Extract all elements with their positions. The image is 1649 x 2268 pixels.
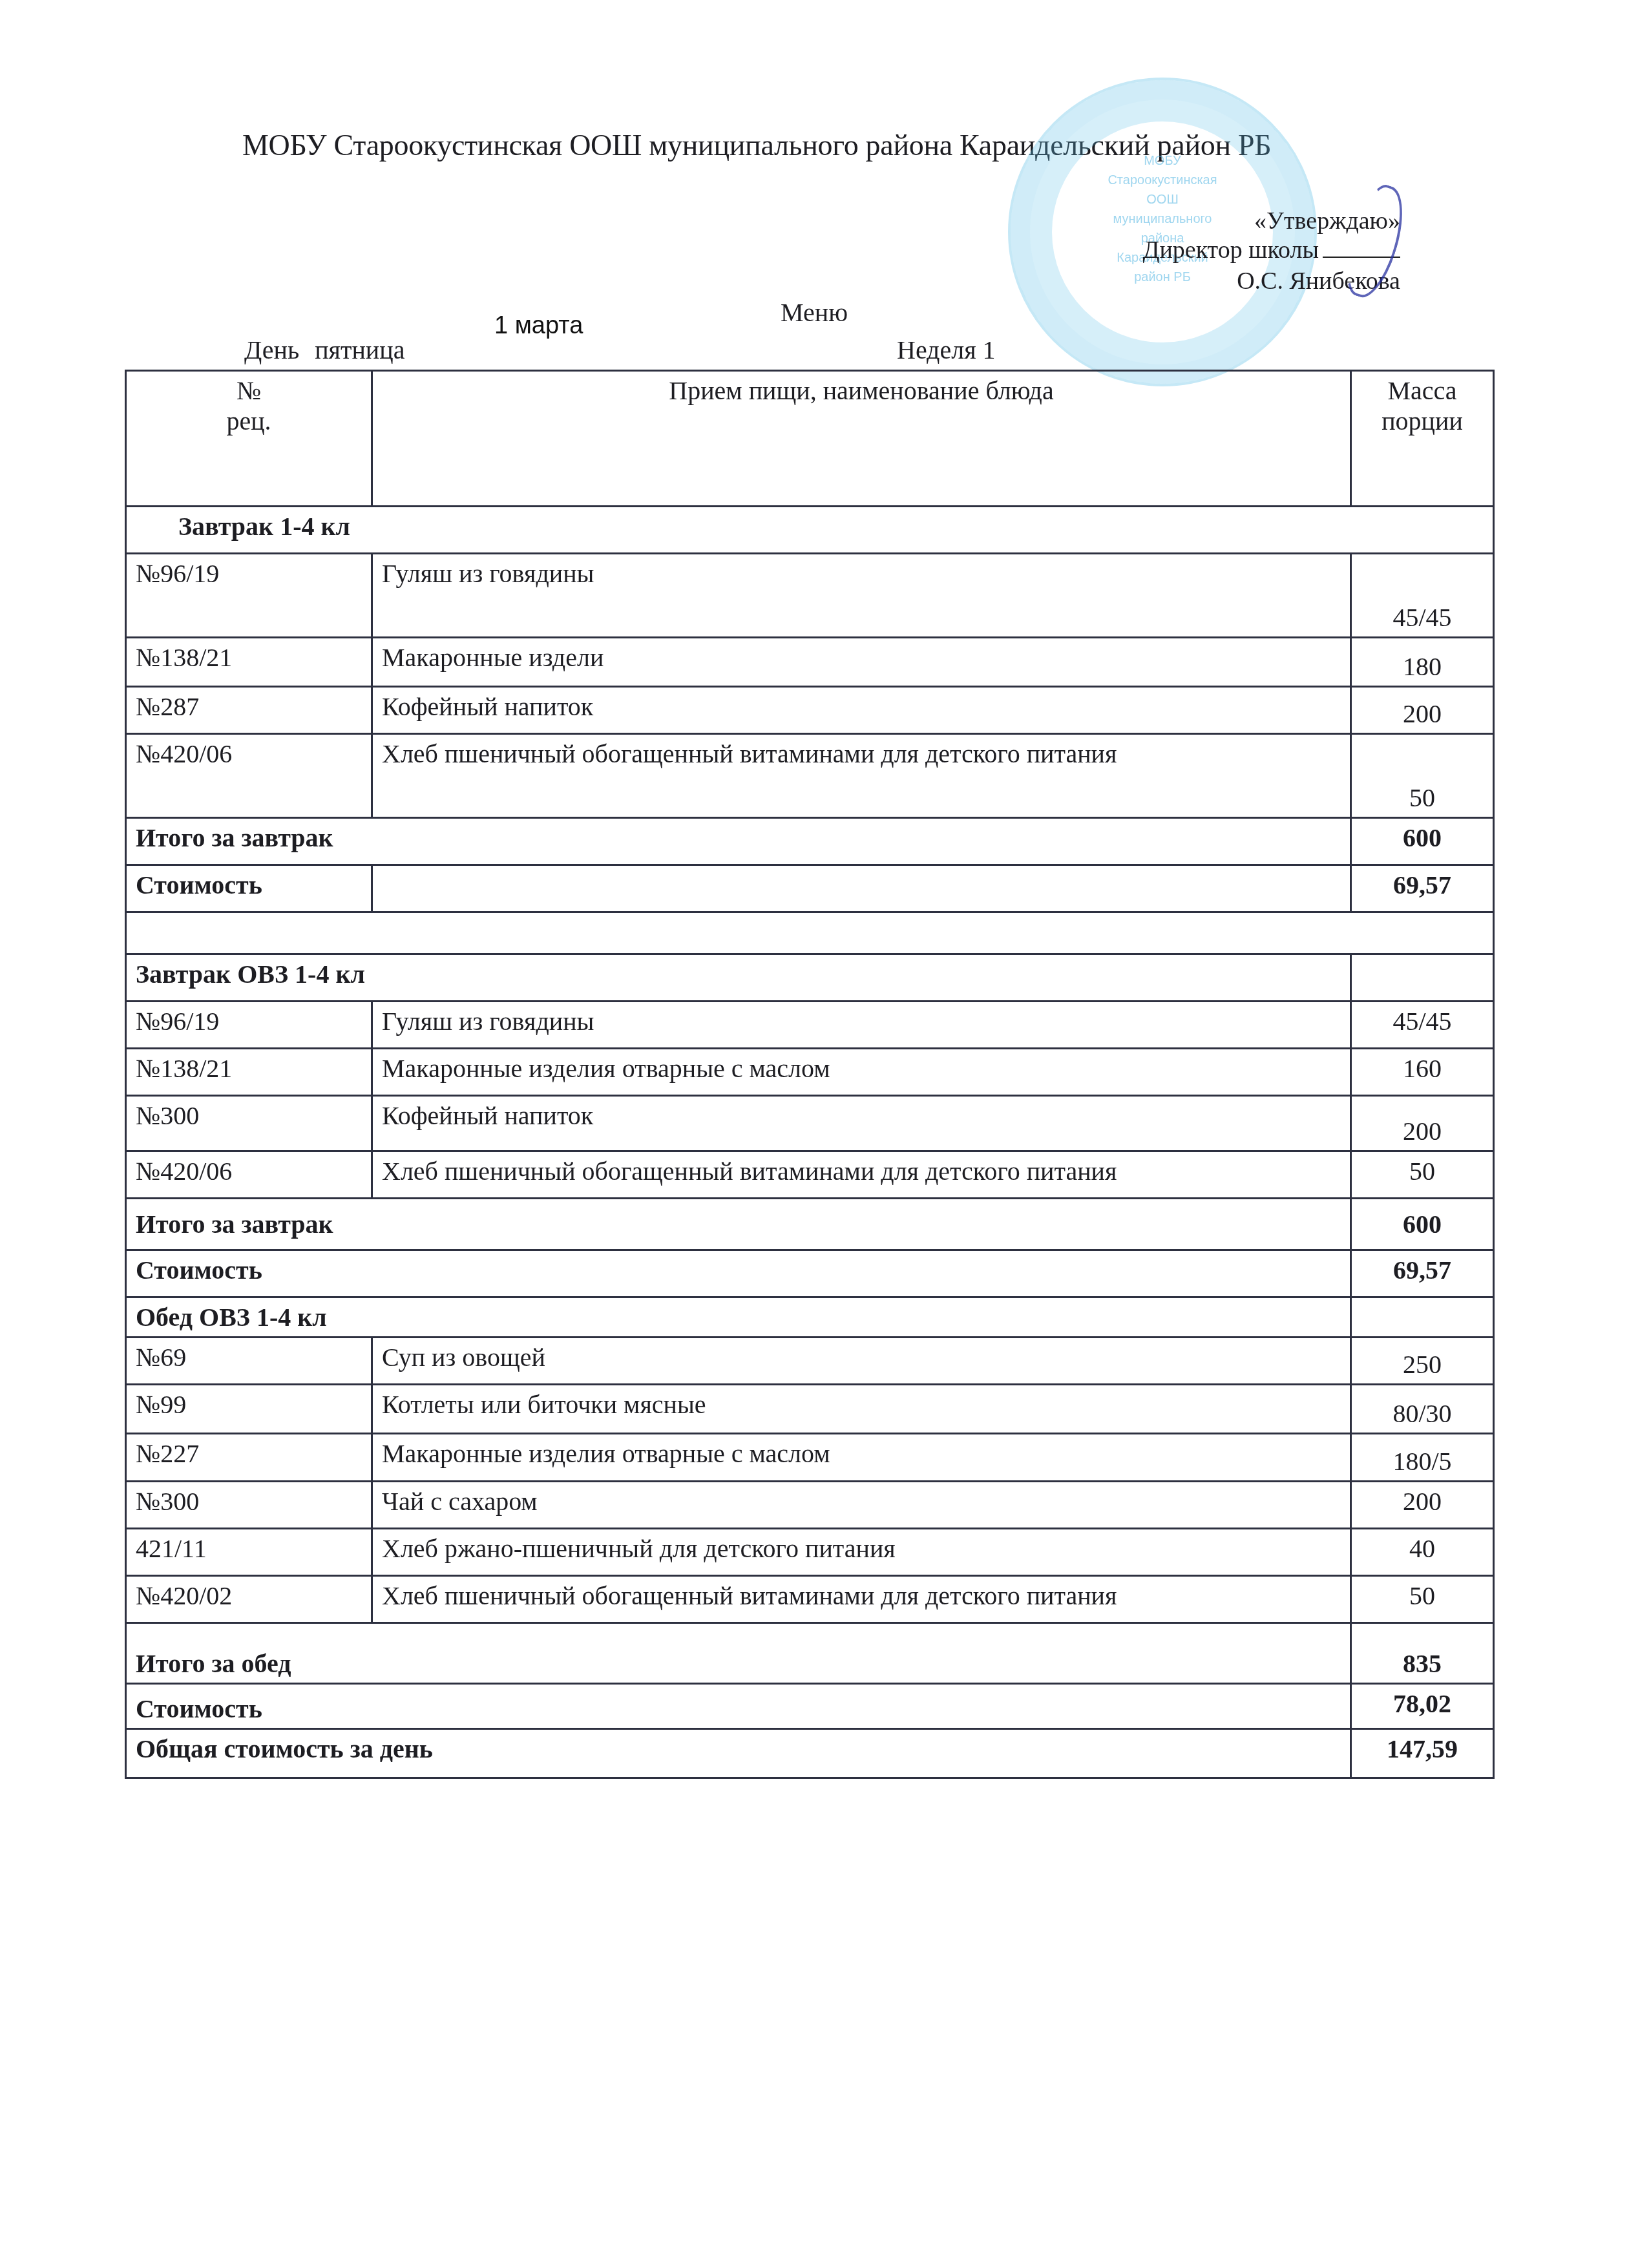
section-title: Завтрак 1-4 кл <box>126 507 1494 554</box>
section-title-row: Завтрак ОВЗ 1-4 кл <box>126 954 1494 1002</box>
recipe-number: №300 <box>126 1096 372 1151</box>
section-title-empty <box>1351 1297 1494 1338</box>
portion-mass: 50 <box>1351 1151 1494 1199</box>
section-title: Обед ОВЗ 1-4 кл <box>126 1297 1351 1338</box>
dish-name: Котлеты или биточки мясные <box>372 1385 1351 1434</box>
header-text: порции <box>1381 406 1463 436</box>
director-position: Директор школы <box>1143 236 1400 264</box>
dish-name: Хлеб пшеничный обогащенный витаминами дл… <box>372 1151 1351 1199</box>
stamp-line: муниципального <box>1095 209 1230 229</box>
recipe-number: 421/11 <box>126 1529 372 1576</box>
recipe-number: №227 <box>126 1434 372 1482</box>
portion-mass: 200 <box>1351 687 1494 734</box>
cost-row: Стоимость 69,57 <box>126 865 1494 912</box>
cost-value: 69,57 <box>1351 1250 1494 1297</box>
table-row: №287 Кофейный напиток 200 <box>126 687 1494 734</box>
portion-mass: 40 <box>1351 1529 1494 1576</box>
table-row: №99 Котлеты или биточки мясные 80/30 <box>126 1385 1494 1434</box>
recipe-number: №300 <box>126 1482 372 1529</box>
cost-row: Стоимость 78,02 <box>126 1684 1494 1729</box>
column-header-recipe: №рец. <box>126 371 372 507</box>
day-total-value: 147,59 <box>1351 1729 1494 1778</box>
table-row: №69 Суп из овощей 250 <box>126 1338 1494 1385</box>
dish-name: Суп из овощей <box>372 1338 1351 1385</box>
total-value: 835 <box>1351 1623 1494 1684</box>
portion-mass: 80/30 <box>1351 1385 1494 1434</box>
total-label: Итого за обед <box>126 1623 1351 1684</box>
dish-name: Чай с сахаром <box>372 1482 1351 1529</box>
menu-heading: Меню <box>781 297 848 328</box>
portion-mass: 250 <box>1351 1338 1494 1385</box>
organization-title: МОБУ Староокустинская ООШ муниципального… <box>242 128 1405 162</box>
dish-name: Макаронные изделия отварные с маслом <box>372 1434 1351 1482</box>
table-row: №420/02 Хлеб пшеничный обогащенный витам… <box>126 1576 1494 1623</box>
portion-mass: 200 <box>1351 1482 1494 1529</box>
total-row: Итого за завтрак 600 <box>126 1199 1494 1250</box>
menu-table: №рец. Прием пищи, наименование блюда Мас… <box>125 370 1495 1779</box>
table-row: №96/19 Гуляш из говядины 45/45 <box>126 554 1494 638</box>
stamp-line: Староокустинская ООШ <box>1095 171 1230 209</box>
total-row: Итого за обед 835 <box>126 1623 1494 1684</box>
table-row: №300 Чай с сахаром 200 <box>126 1482 1494 1529</box>
table-row: №227 Макаронные изделия отварные с масло… <box>126 1434 1494 1482</box>
signature-line <box>1323 237 1400 258</box>
cost-value: 69,57 <box>1351 865 1494 912</box>
dish-name: Кофейный напиток <box>372 687 1351 734</box>
section-title-empty <box>1351 954 1494 1002</box>
portion-mass: 180 <box>1351 638 1494 687</box>
cost-label: Стоимость <box>126 1684 1351 1729</box>
section-title-row: Завтрак 1-4 кл <box>126 507 1494 554</box>
table-row: №138/21 Макаронные издели 180 <box>126 638 1494 687</box>
week-label: Неделя 1 <box>897 335 996 365</box>
portion-mass: 160 <box>1351 1049 1494 1096</box>
director-position-label: Директор школы <box>1143 236 1319 264</box>
recipe-number: №69 <box>126 1338 372 1385</box>
dish-name: Кофейный напиток <box>372 1096 1351 1151</box>
stamp-line: район РБ <box>1095 268 1230 287</box>
table-row: №420/06 Хлеб пшеничный обогащенный витам… <box>126 1151 1494 1199</box>
recipe-number: №420/06 <box>126 734 372 818</box>
table-header-row: №рец. Прием пищи, наименование блюда Мас… <box>126 371 1494 507</box>
recipe-number: №138/21 <box>126 638 372 687</box>
dish-name: Хлеб ржано-пшеничный для детского питани… <box>372 1529 1351 1576</box>
portion-mass: 50 <box>1351 734 1494 818</box>
director-name: О.С. Янибекова <box>1237 267 1400 295</box>
header-text: рец. <box>226 406 271 436</box>
recipe-number: №96/19 <box>126 554 372 638</box>
portion-mass: 45/45 <box>1351 554 1494 638</box>
cost-empty-cell <box>372 865 1351 912</box>
table-row: 421/11 Хлеб ржано-пшеничный для детского… <box>126 1529 1494 1576</box>
recipe-number: №287 <box>126 687 372 734</box>
spacer-cell <box>126 912 1494 954</box>
table-row: №138/21 Макаронные изделия отварные с ма… <box>126 1049 1494 1096</box>
total-label: Итого за завтрак <box>126 818 1351 865</box>
dish-name: Хлеб пшеничный обогащенный витаминами дл… <box>372 1576 1351 1623</box>
portion-mass: 45/45 <box>1351 1002 1494 1049</box>
dish-name: Гуляш из говядины <box>372 1002 1351 1049</box>
recipe-number: №420/06 <box>126 1151 372 1199</box>
column-header-mass: Массапорции <box>1351 371 1494 507</box>
recipe-number: №138/21 <box>126 1049 372 1096</box>
table-row: №300 Кофейный напиток 200 <box>126 1096 1494 1151</box>
day-label: День пятница <box>244 335 404 365</box>
day-total-label: Общая стоимость за день <box>126 1729 1351 1778</box>
portion-mass: 200 <box>1351 1096 1494 1151</box>
spacer-row <box>126 912 1494 954</box>
cost-label: Стоимость <box>126 865 372 912</box>
cost-row: Стоимость 69,57 <box>126 1250 1494 1297</box>
cost-value: 78,02 <box>1351 1684 1494 1729</box>
recipe-number: №99 <box>126 1385 372 1434</box>
table-row: №96/19 Гуляш из говядины 45/45 <box>126 1002 1494 1049</box>
section-title-row: Обед ОВЗ 1-4 кл <box>126 1297 1494 1338</box>
table-row: №420/06 Хлеб пшеничный обогащенный витам… <box>126 734 1494 818</box>
header-text: № <box>236 376 261 405</box>
menu-date: 1 марта <box>494 312 583 340</box>
recipe-number: №420/02 <box>126 1576 372 1623</box>
dish-name: Гуляш из говядины <box>372 554 1351 638</box>
recipe-number: №96/19 <box>126 1002 372 1049</box>
portion-mass: 50 <box>1351 1576 1494 1623</box>
total-value: 600 <box>1351 1199 1494 1250</box>
total-row: Итого за завтрак 600 <box>126 818 1494 865</box>
day-total-row: Общая стоимость за день 147,59 <box>126 1729 1494 1778</box>
header-text: Масса <box>1387 376 1456 405</box>
column-header-dish: Прием пищи, наименование блюда <box>372 371 1351 507</box>
portion-mass: 180/5 <box>1351 1434 1494 1482</box>
dish-name: Макаронные изделия отварные с маслом <box>372 1049 1351 1096</box>
section-title: Завтрак ОВЗ 1-4 кл <box>126 954 1351 1002</box>
dish-name: Макаронные издели <box>372 638 1351 687</box>
stamp-text: МОБУ Староокустинская ООШ муниципального… <box>1095 151 1230 287</box>
cost-label: Стоимость <box>126 1250 1351 1297</box>
total-label: Итого за завтрак <box>126 1199 1351 1250</box>
approve-word: «Утверждаю» <box>1254 207 1400 235</box>
dish-name: Хлеб пшеничный обогащенный витаминами дл… <box>372 734 1351 818</box>
total-value: 600 <box>1351 818 1494 865</box>
